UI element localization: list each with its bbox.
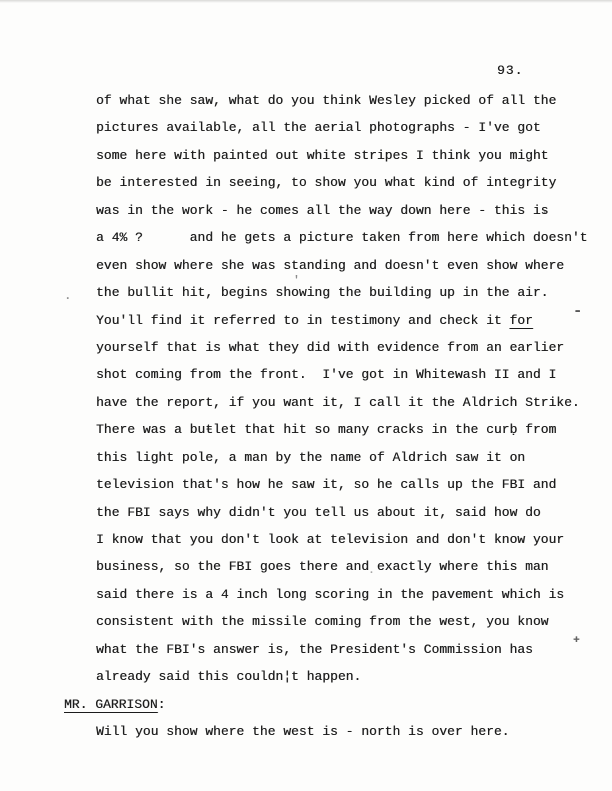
transcript-line: be interested in seeing, to show you wha… (0, 169, 612, 196)
transcript-line: already said this couldn¦t happen. (0, 663, 612, 690)
transcript-line: a 4% ? and he gets a picture taken from … (0, 224, 612, 251)
transcript-line: I know that you don't look at television… (0, 526, 612, 553)
transcript-line: There was a buŧlet that hit so many crac… (0, 416, 612, 443)
transcript-line: this light pole, a man by the name of Al… (0, 444, 612, 471)
transcript-line: some here with painted out white stripes… (0, 142, 612, 169)
transcript-line: shot coming from the front. I've got in … (0, 361, 612, 388)
transcript-line: of what she saw, what do you think Wesle… (0, 87, 612, 114)
page-number: 93. (497, 63, 523, 78)
speaker-label: MR. GARRISON: (0, 691, 612, 718)
scan-artifact-speck: + (573, 636, 580, 647)
scan-edge (0, 0, 612, 3)
speaker-name: MR. GARRISON (64, 697, 158, 712)
transcript-line: business, so the FBI goes there and exac… (0, 553, 612, 580)
transcript-line: even show where she was standing and doe… (0, 252, 612, 279)
scan-artifact-dot: . (541, 204, 548, 216)
transcript-line: yourself that is what they did with evid… (0, 334, 612, 361)
transcript-line: what the FBI's answer is, the President'… (0, 636, 612, 663)
transcript-line-emphasis: You'll find it referred to in testimony … (0, 307, 612, 334)
transcript-line: consistent with the missile coming from … (0, 608, 612, 635)
transcript-line: Will you show where the west is - north … (0, 718, 612, 745)
scan-artifact-dot: . (64, 290, 71, 302)
transcript-line: the bullit hit, begins showing the build… (0, 279, 612, 306)
transcript-line: said there is a 4 inch long scoring in t… (0, 581, 612, 608)
line-text: You'll find it referred to in testimony … (96, 313, 509, 328)
scan-artifact-tick: ' (293, 276, 300, 287)
transcript-line: television that's how he saw it, so he c… (0, 471, 612, 498)
transcript-line: the FBI says why didn't you tell us abou… (0, 499, 612, 526)
transcript-line: pictures available, all the aerial photo… (0, 114, 612, 141)
transcript-line: was in the work - he comes all the way d… (0, 197, 612, 224)
scan-artifact-dot: . (368, 566, 375, 577)
transcript-body: of what she saw, what do you think Wesle… (0, 87, 612, 746)
transcript-line: have the report, if you want it, I call … (0, 389, 612, 416)
speaker-colon: : (158, 697, 166, 712)
underlined-word: for (509, 313, 532, 328)
document-page: 93. of what she saw, what do you think W… (0, 0, 612, 791)
scan-artifact-dash: - (573, 304, 582, 319)
